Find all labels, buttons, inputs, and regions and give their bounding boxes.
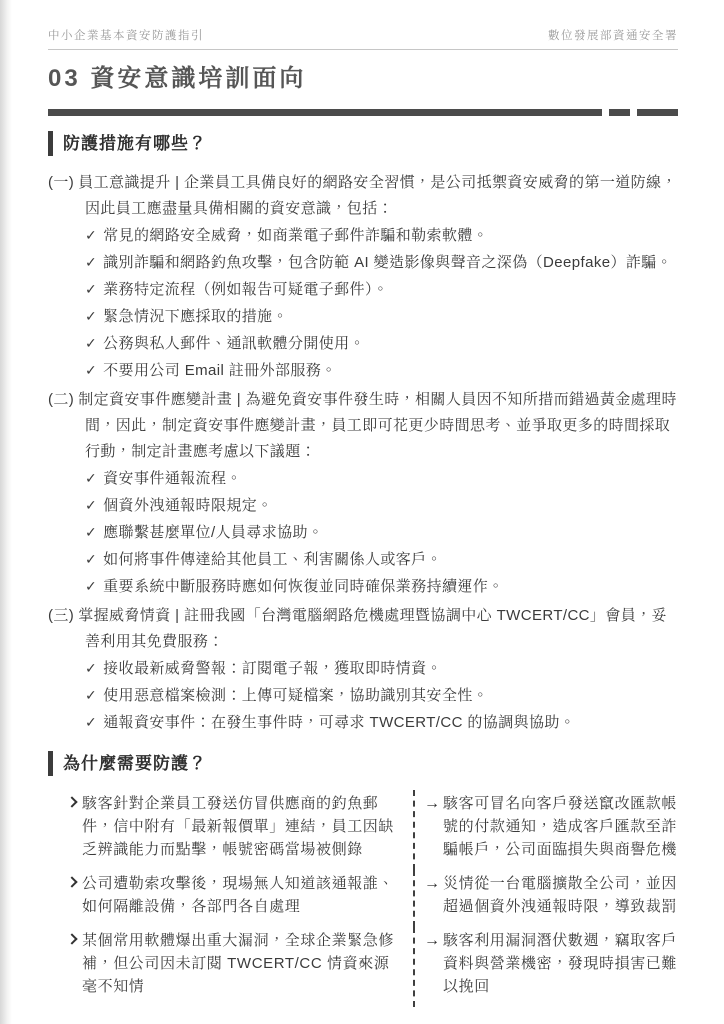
item-number: (二) xyxy=(48,391,74,408)
section-heading-protection: 防護措施有哪些？ xyxy=(48,131,678,156)
checklist-item-text: 個資外洩通報時限規定。 xyxy=(103,497,272,514)
page-title: 03 資安意識培訓面向 xyxy=(48,64,678,94)
numbered-paragraph: (三)掌握威脅情資 | 註冊我國「台灣電腦網路危機處理暨協調中心 TWCERT/… xyxy=(48,603,678,655)
document-page: 中小企業基本資安防護指引 數位發展部資通安全署 03 資安意識培訓面向 防護措施… xyxy=(0,0,724,1024)
checklist-item: ✓資安事件通報流程。 xyxy=(85,465,678,492)
decorative-bar xyxy=(48,109,678,116)
page-number: 6 xyxy=(0,958,724,970)
cause-cell: 駭客針對企業員工發送仿冒供應商的釣魚郵件，信中附有「最新報價單」連結，員工因缺乏… xyxy=(48,790,415,870)
check-icon: ✓ xyxy=(85,578,97,594)
check-icon: ✓ xyxy=(85,362,97,378)
check-icon: ✓ xyxy=(85,497,97,513)
checklist-item: ✓識別詐騙和網路釣魚攻擊，包含防範 AI 變造影像與聲音之深偽（Deepfake… xyxy=(85,249,678,276)
numbered-paragraph: (二)制定資安事件應變計畫 | 為避免資安事件發生時，相關人員因不知所措而錯過黃… xyxy=(48,387,678,465)
cause-text: 公司遭勒索攻擊後，現場無人知道該通報誰、如何隔離設備，各部門各自處理 xyxy=(82,872,401,918)
cause-text: 駭客針對企業員工發送仿冒供應商的釣魚郵件，信中附有「最新報價單」連結，員工因缺乏… xyxy=(82,792,401,861)
check-icon: ✓ xyxy=(85,551,97,567)
checklist-item-text: 如何將事件傳達給其他員工、利害關係人或客戶。 xyxy=(103,551,442,568)
numbered-paragraph: (一)員工意識提升 | 企業員工具備良好的網路安全習慣，是公司抵禦資安威脅的第一… xyxy=(48,170,678,222)
protection-item-2: (二)制定資安事件應變計畫 | 為避免資安事件發生時，相關人員因不知所措而錯過黃… xyxy=(48,387,678,600)
cause-cell: 公司遭勒索攻擊後，現場無人知道該通報誰、如何隔離設備，各部門各自處理 xyxy=(48,870,415,927)
protection-item-1: (一)員工意識提升 | 企業員工具備良好的網路安全習慣，是公司抵禦資安威脅的第一… xyxy=(48,170,678,384)
arrow-bullet-icon xyxy=(48,935,82,943)
checklist-item: ✓個資外洩通報時限規定。 xyxy=(85,492,678,519)
checklist-item: ✓公務與私人郵件、通訊軟體分開使用。 xyxy=(85,330,678,357)
effect-text: 駭客可冒名向客戶發送竄改匯款帳號的付款通知，造成客戶匯款至詐騙帳戶，公司面臨損失… xyxy=(443,792,678,861)
checklist: ✓資安事件通報流程。 ✓個資外洩通報時限規定。 ✓應聯繫甚麼單位/人員尋求協助。… xyxy=(85,465,678,600)
header-right-text: 數位發展部資通安全署 xyxy=(548,27,678,43)
page-content: 中小企業基本資安防護指引 數位發展部資通安全署 03 資安意識培訓面向 防護措施… xyxy=(0,0,724,1007)
checklist-item-text: 使用惡意檔案檢測：上傳可疑檔案，協助識別其安全性。 xyxy=(103,687,488,704)
item-intro-text: 掌握威脅情資 | 註冊我國「台灣電腦網路危機處理暨協調中心 TWCERT/CC」… xyxy=(78,607,667,650)
checklist-item-text: 資安事件通報流程。 xyxy=(103,470,242,487)
item-number: (一) xyxy=(48,174,74,191)
check-icon: ✓ xyxy=(85,470,97,486)
check-icon: ✓ xyxy=(85,281,97,297)
checklist-item-text: 緊急情況下應採取的措施。 xyxy=(103,308,288,325)
check-icon: ✓ xyxy=(85,254,97,270)
checklist-item: ✓應聯繫甚麼單位/人員尋求協助。 xyxy=(85,519,678,546)
checklist: ✓接收最新威脅警報：訂閱電子報，獲取即時情資。 ✓使用惡意檔案檢測：上傳可疑檔案… xyxy=(85,655,678,736)
section-heading-why: 為什麼需要防護？ xyxy=(48,751,678,776)
effect-text: 災情從一台電腦擴散全公司，並因超過個資外洩通報時限，導致裁罰 xyxy=(443,872,678,918)
arrow-bullet-icon xyxy=(48,798,82,806)
right-arrow-icon: → xyxy=(424,872,440,895)
decorative-bar-segment xyxy=(609,109,630,116)
checklist-item: ✓通報資安事件：在發生事件時，可尋求 TWCERT/CC 的協調與協助。 xyxy=(85,709,678,736)
check-icon: ✓ xyxy=(85,335,97,351)
checklist-item: ✓接收最新威脅警報：訂閱電子報，獲取即時情資。 xyxy=(85,655,678,682)
arrow-bullet-icon xyxy=(48,878,82,886)
check-icon: ✓ xyxy=(85,660,97,676)
running-header: 中小企業基本資安防護指引 數位發展部資通安全署 xyxy=(48,27,678,50)
checklist-item: ✓業務特定流程（例如報告可疑電子郵件）。 xyxy=(85,276,678,303)
check-icon: ✓ xyxy=(85,227,97,243)
checklist-item-text: 重要系統中斷服務時應如何恢復並同時確保業務持續運作。 xyxy=(103,578,503,595)
right-arrow-icon: → xyxy=(424,929,440,952)
checklist-item: ✓緊急情況下應採取的措施。 xyxy=(85,303,678,330)
checklist-item-text: 公務與私人郵件、通訊軟體分開使用。 xyxy=(103,335,365,352)
decorative-bar-segment xyxy=(637,109,678,116)
checklist-item-text: 識別詐騙和網路釣魚攻擊，包含防範 AI 變造影像與聲音之深偽（Deepfake）… xyxy=(103,254,672,271)
effect-cell: → 災情從一台電腦擴散全公司，並因超過個資外洩通報時限，導致裁罰 xyxy=(415,870,678,927)
checklist-item-text: 接收最新威脅警報：訂閱電子報，獲取即時情資。 xyxy=(103,660,442,677)
checklist-item: ✓常見的網路安全威脅，如商業電子郵件詐騙和勒索軟體。 xyxy=(85,222,678,249)
check-icon: ✓ xyxy=(85,308,97,324)
checklist: ✓常見的網路安全威脅，如商業電子郵件詐騙和勒索軟體。 ✓識別詐騙和網路釣魚攻擊，… xyxy=(85,222,678,384)
checklist-item-text: 通報資安事件：在發生事件時，可尋求 TWCERT/CC 的協調與協助。 xyxy=(103,714,575,731)
checklist-item: ✓不要用公司 Email 註冊外部服務。 xyxy=(85,357,678,384)
item-intro-text: 制定資安事件應變計畫 | 為避免資安事件發生時，相關人員因不知所措而錯過黃金處理… xyxy=(78,391,677,460)
check-icon: ✓ xyxy=(85,714,97,730)
checklist-item: ✓使用惡意檔案檢測：上傳可疑檔案，協助識別其安全性。 xyxy=(85,682,678,709)
protection-item-3: (三)掌握威脅情資 | 註冊我國「台灣電腦網路危機處理暨協調中心 TWCERT/… xyxy=(48,603,678,736)
checklist-item-text: 應聯繫甚麼單位/人員尋求協助。 xyxy=(103,524,323,541)
effect-cell: → 駭客可冒名向客戶發送竄改匯款帳號的付款通知，造成客戶匯款至詐騙帳戶，公司面臨… xyxy=(415,790,678,870)
checklist-item-text: 業務特定流程（例如報告可疑電子郵件）。 xyxy=(103,281,388,298)
header-left-text: 中小企業基本資安防護指引 xyxy=(48,27,204,43)
check-icon: ✓ xyxy=(85,524,97,540)
decorative-bar-gap xyxy=(602,109,609,116)
checklist-item: ✓重要系統中斷服務時應如何恢復並同時確保業務持續運作。 xyxy=(85,573,678,600)
decorative-bar-gap xyxy=(630,109,637,116)
checklist-item: ✓如何將事件傳達給其他員工、利害關係人或客戶。 xyxy=(85,546,678,573)
checklist-item-text: 常見的網路安全威脅，如商業電子郵件詐騙和勒索軟體。 xyxy=(103,227,488,244)
cause-effect-table: 駭客針對企業員工發送仿冒供應商的釣魚郵件，信中附有「最新報價單」連結，員工因缺乏… xyxy=(48,790,678,1007)
right-arrow-icon: → xyxy=(424,792,440,815)
check-icon: ✓ xyxy=(85,687,97,703)
checklist-item-text: 不要用公司 Email 註冊外部服務。 xyxy=(103,362,336,379)
decorative-bar-segment xyxy=(48,109,602,116)
item-intro-text: 員工意識提升 | 企業員工具備良好的網路安全習慣，是公司抵禦資安威脅的第一道防線… xyxy=(78,174,677,217)
item-number: (三) xyxy=(48,607,74,624)
